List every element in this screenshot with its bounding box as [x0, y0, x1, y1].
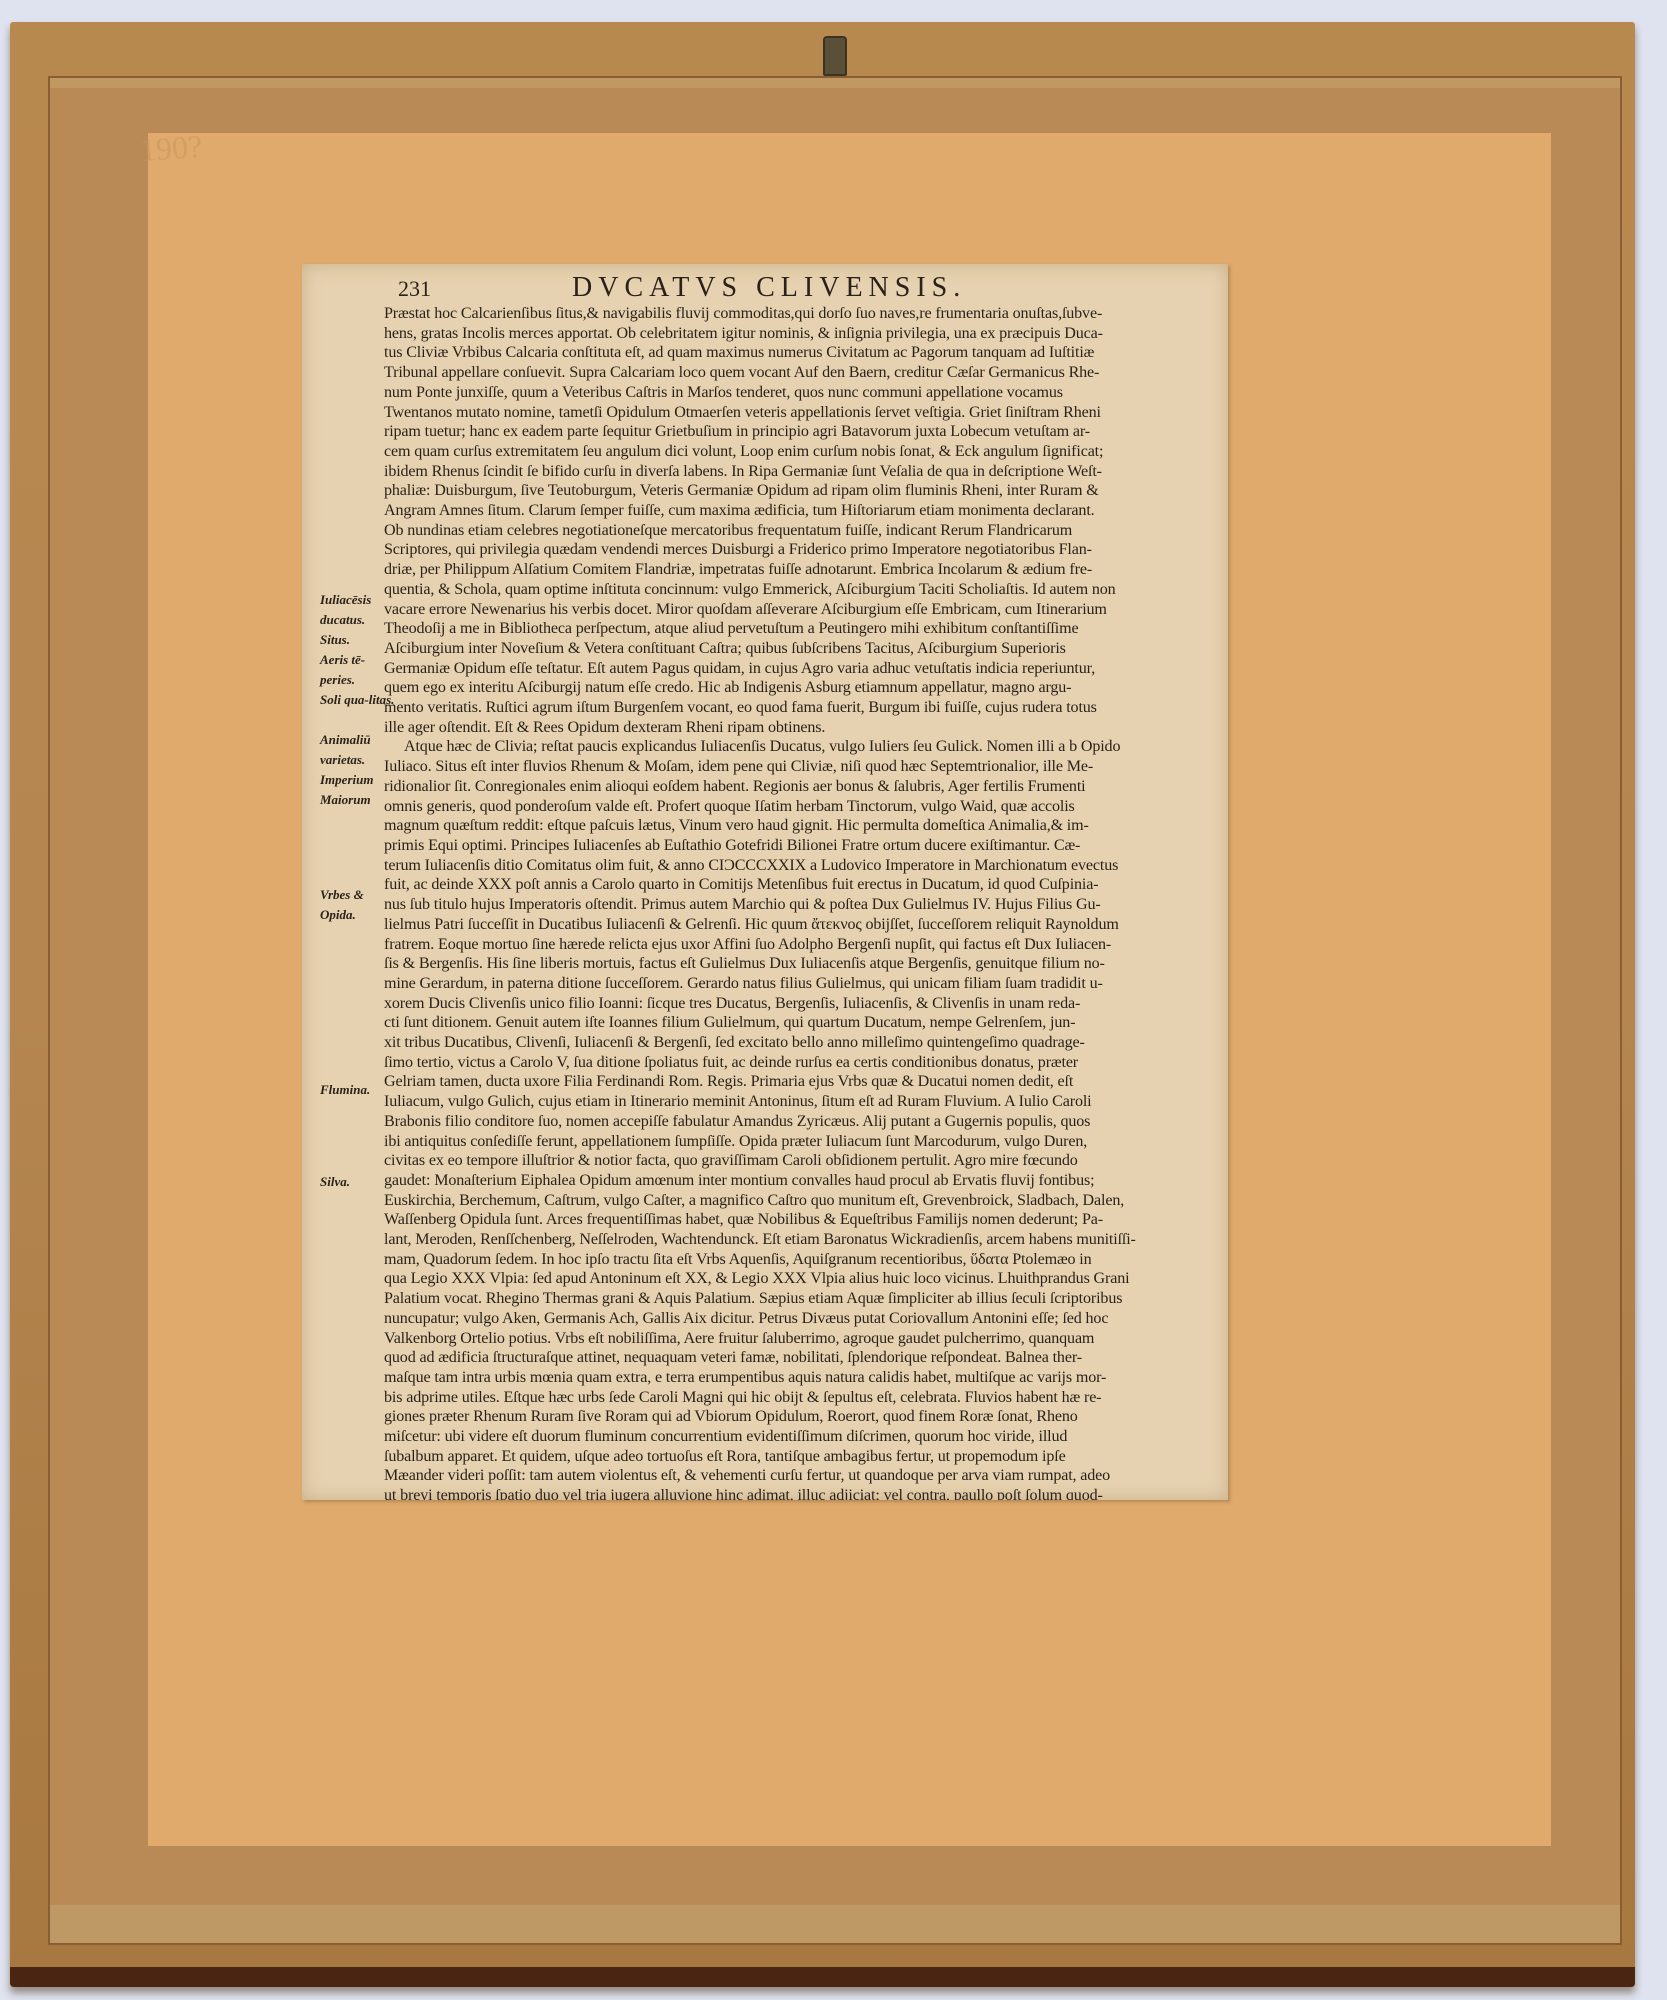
text-line: cem quam curſus extremitatem ſeu angulum…	[384, 442, 1218, 462]
text-line: Aſciburgium inter Noveſium & Vetera conſ…	[384, 639, 1218, 659]
text-line: Atque hæc de Clivia; reſtat paucis expli…	[384, 737, 1218, 757]
printed-leaf: 231 DVCATVS CLIVENSIS. Iuliacēsis ducatu…	[302, 264, 1228, 1500]
body-text: Præstat hoc Calcarienſibus ſitus,& navig…	[384, 304, 1218, 1500]
text-line: Theodoſij a me in Bibliotheca perſpectum…	[384, 619, 1218, 639]
tape-strip-top	[50, 78, 1620, 88]
text-line: Iuliacum, vulgo Gulich, cujus etiam in I…	[384, 1092, 1218, 1112]
text-line: ut brevi temporis ſpatio duo vel tria ju…	[384, 1486, 1218, 1500]
text-line: num Ponte junxiſſe, quum a Veteribus Caſ…	[384, 383, 1218, 403]
text-line: primis Equi optimi. Principes Iuliacenſe…	[384, 836, 1218, 856]
text-line: ſubalbum apparet. Et quidem, uſque adeo …	[384, 1447, 1218, 1467]
text-line: bis adprime utiles. Eſtque hæc urbs ſede…	[384, 1388, 1218, 1408]
text-line: giones præter Rhenum Ruram ſive Roram qu…	[384, 1407, 1218, 1427]
page-number: 231	[398, 276, 431, 302]
text-line: fratrem. Eoque mortuo ſine hærede relict…	[384, 935, 1218, 955]
page-title: DVCATVS CLIVENSIS.	[572, 272, 966, 304]
text-line: cti ſunt ditionem. Genuit autem iſte Ioa…	[384, 1013, 1218, 1033]
text-line: ripam tuetur; hanc ex eadem parte ſequit…	[384, 422, 1218, 442]
text-line: xorem Ducis Clivenſis unico filio Ioanni…	[384, 994, 1218, 1014]
text-line: lant, Meroden, Renſſchenberg, Neſſelrode…	[384, 1230, 1218, 1250]
text-line: hens, gratas Incolis merces apportat. Ob…	[384, 324, 1218, 344]
text-line: ſis & Bergenſis. His ſine liberis mortui…	[384, 954, 1218, 974]
text-line: ſimo tertio, victus a Carolo V, ſua diti…	[384, 1053, 1218, 1073]
text-line: Gelriam tamen, ducta uxore Filia Ferdina…	[384, 1072, 1218, 1092]
text-line: mento veritatis. Ruſtici agrum iſtum Bur…	[384, 698, 1218, 718]
text-line: phaliæ: Duisburgum, ſive Teutoburgum, Ve…	[384, 481, 1218, 501]
text-line: omnis generis, quod ponderoſum valde eſt…	[384, 797, 1218, 817]
text-line: ibi antiquitus conſediſſe ferunt, appell…	[384, 1132, 1218, 1152]
text-line: mine Gerardum, in paterna ditione ſucceſ…	[384, 974, 1218, 994]
text-line: nus ſub titulo hujus Imperatoris oſtendi…	[384, 895, 1218, 915]
text-line: magnum quæſtum reddit: eſtque paſcuis læ…	[384, 816, 1218, 836]
text-line: Palatium vocat. Rhegino Thermas grani & …	[384, 1289, 1218, 1309]
text-line: lielmus Patri ſucceſſit in Ducatibus Iul…	[384, 915, 1218, 935]
text-line: Scriptores, qui privilegia quædam venden…	[384, 540, 1218, 560]
text-line: Euskirchia, Berchemum, Caſtrum, vulgo Ca…	[384, 1191, 1218, 1211]
text-line: tus Cliviæ Vrbibus Calcaria conſtituta e…	[384, 343, 1218, 363]
tape-strip-bottom	[50, 1905, 1620, 1943]
text-line: driæ, per Philippum Alſatium Comitem Fla…	[384, 560, 1218, 580]
text-line: ille ager oſtendit. Eſt & Rees Opidum de…	[384, 718, 1218, 738]
text-line: quod ad ædificia ſtructuraſque attinet, …	[384, 1348, 1218, 1368]
text-line: Waſſenberg Opidula ſunt. Arces frequenti…	[384, 1210, 1218, 1230]
text-line: maſque tam intra urbis mœnia quam extra,…	[384, 1368, 1218, 1388]
text-line: Angram Amnes ſitum. Clarum ſemper fuiſſe…	[384, 501, 1218, 521]
text-line: terum Iuliacenſis ditio Comitatus olim f…	[384, 856, 1218, 876]
text-line: ibidem Rhenus ſcindit ſe bifido curſu in…	[384, 462, 1218, 482]
text-line: miſcetur: ubi videre eſt duorum fluminum…	[384, 1427, 1218, 1447]
text-line: quentia, & Schola, quam optime inſtituta…	[384, 580, 1218, 600]
text-line: vacare errore Newenarius his verbis doce…	[384, 600, 1218, 620]
hanging-hook	[823, 36, 847, 76]
text-line: Twentanos mutato nomine, tametſi Opidulu…	[384, 403, 1218, 423]
text-line: qua Legio XXX Vlpia: ſed apud Antoninum …	[384, 1269, 1218, 1289]
text-line: Brabonis filio conditore ſuo, nomen acce…	[384, 1112, 1218, 1132]
text-line: mam, Quadorum ſedem. In hoc ipſo tractu …	[384, 1250, 1218, 1270]
text-line: Iuliaco. Situs eſt inter fluvios Rhenum …	[384, 757, 1218, 777]
text-line: Præstat hoc Calcarienſibus ſitus,& navig…	[384, 304, 1218, 324]
text-line: nuncupatur; vulgo Aken, Germanis Ach, Ga…	[384, 1309, 1218, 1329]
text-line: civitas ex eo tempore illuſtrior & notio…	[384, 1151, 1218, 1171]
text-line: gaudet: Monaſterium Eiphalea Opidum amœn…	[384, 1171, 1218, 1191]
text-line: ridionalior ſit. Conregionales enim alio…	[384, 777, 1218, 797]
text-line: Valkenborg Ortelio potius. Vrbs eſt nobi…	[384, 1329, 1218, 1349]
pencil-annotation: 190?	[139, 128, 204, 169]
frame-bottom-edge	[10, 1967, 1635, 1987]
text-line: Germaniæ Opidum eſſe teſtatur. Eſt autem…	[384, 659, 1218, 679]
text-line: fuit, ac deinde XXX poſt annis a Carolo …	[384, 875, 1218, 895]
text-line: Ob nundinas etiam celebres negotiationeſ…	[384, 521, 1218, 541]
text-line: quem ego ex interitu Aſciburgij natum eſ…	[384, 678, 1218, 698]
text-line: xit tribus Ducatibus, Clivenſi, Iuliacen…	[384, 1033, 1218, 1053]
text-line: Mæander videri poſſit: tam autem violent…	[384, 1466, 1218, 1486]
text-line: Tribunal appellare conſuevit. Supra Calc…	[384, 363, 1218, 383]
running-head: 231 DVCATVS CLIVENSIS.	[392, 272, 1212, 306]
